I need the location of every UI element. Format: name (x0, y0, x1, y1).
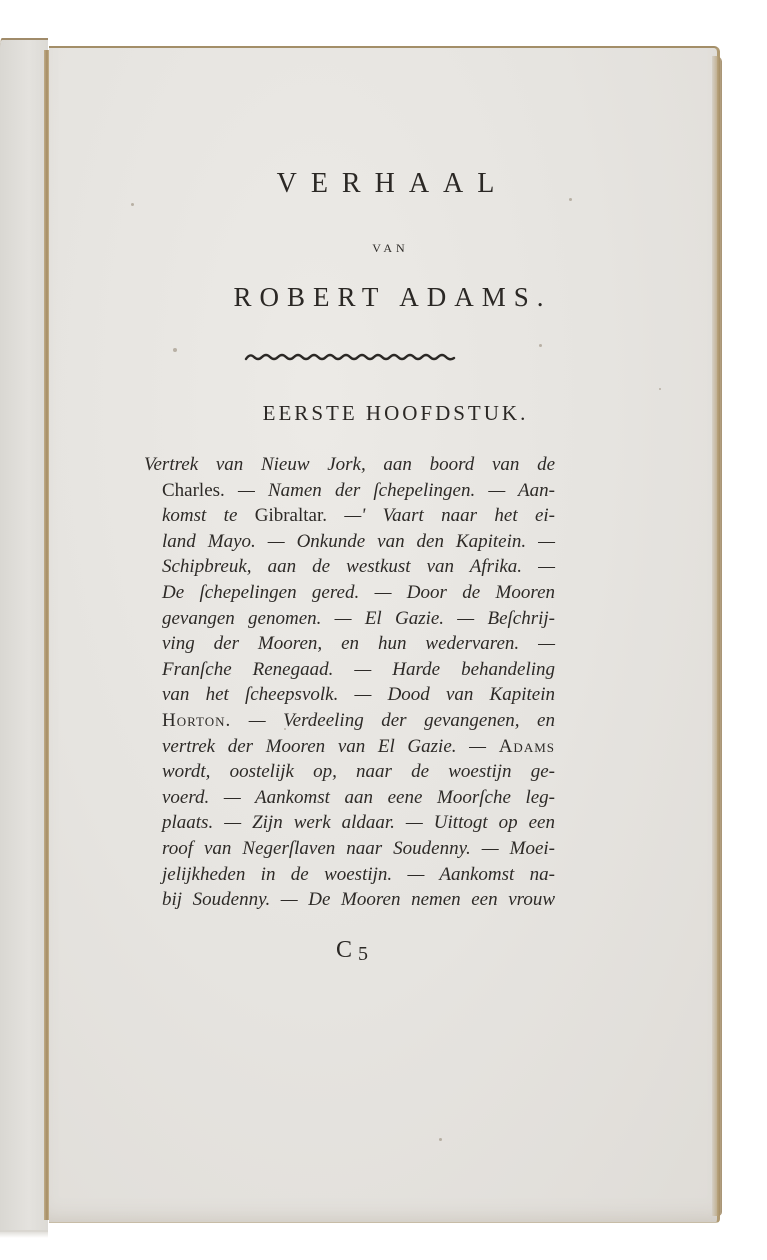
facing-left-page (0, 38, 48, 1232)
summary-text: vertrek der Mooren van El Gazie. — (162, 736, 499, 757)
paper-speck (659, 388, 661, 390)
summary-text: land Mayo. — Onkunde van den Kapitein. — (162, 531, 555, 552)
summary-line: ving der Mooren, en hun wedervaren. — (144, 631, 555, 657)
summary-line: Charles. — Namen der ſchepelingen. — Aan… (144, 478, 555, 504)
summary-line: van het ſcheepsvolk. — Dood van Kapitein (144, 682, 555, 708)
summary-text: — Verdeeling der gevangenen, en (231, 710, 555, 731)
chapter-heading: EERSTE HOOFDSTUK. (0, 401, 767, 426)
summary-line: De ſchepelingen gered. — Door de Mooren (144, 580, 555, 606)
summary-line: Vertrek van Nieuw Jork, aan boord van de (144, 452, 555, 478)
summary-text: ving der Mooren, en hun wedervaren. — (162, 633, 555, 654)
book-title: VERHAAL (0, 168, 767, 200)
summary-line: wordt, oostelijk op, naar de woestijn ge… (144, 759, 555, 785)
summary-line: plaats. — Zijn werk aldaar. — Uittogt op… (144, 810, 555, 836)
paper-speck (439, 1138, 442, 1141)
summary-text: plaats. — Zijn werk aldaar. — Uittogt op… (162, 812, 555, 833)
summary-line: Horton. — Verdeeling der gevangenen, en (144, 708, 555, 734)
summary-line: land Mayo. — Onkunde van den Kapitein. — (144, 529, 555, 555)
summary-text: —' Vaart naar het ei- (327, 505, 555, 526)
summary-text: De ſchepelingen gered. — Door de Mooren (162, 582, 555, 603)
summary-text: jelijkheden in de woestijn. — Aankomst n… (162, 864, 555, 885)
summary-text: roof van Negerſlaven naar Soudenny. — Mo… (162, 838, 555, 859)
summary-line: Schipbreuk, aan de westkust van Afrika. … (144, 554, 555, 580)
summary-text: Adams (499, 736, 555, 757)
summary-text: — Namen der ſchepelingen. — Aan- (225, 480, 555, 501)
page-fore-edge (712, 56, 722, 1216)
summary-text: Schipbreuk, aan de westkust van Afrika. … (162, 556, 555, 577)
summary-text: Charles. (162, 480, 225, 501)
summary-text: wordt, oostelijk op, naar de woestijn ge… (162, 761, 555, 782)
summary-text: Franſche Renegaad. — Harde behandeling (162, 659, 555, 680)
summary-line: voerd. — Aankomst aan eene Moorſche leg- (144, 785, 555, 811)
summary-text: gevangen genomen. — El Gazie. — Beſchrij… (162, 608, 555, 629)
paper-speck (173, 348, 177, 352)
signature-number: 5 (358, 943, 368, 965)
summary-line: komst te Gibraltar. —' Vaart naar het ei… (144, 503, 555, 529)
paper-speck (539, 344, 542, 347)
summary-text: komst te (162, 505, 255, 526)
summary-text: voerd. — Aankomst aan eene Moorſche leg- (162, 787, 555, 808)
title-connector: VAN (0, 241, 767, 256)
signature-mark: C5 (336, 937, 368, 964)
summary-text: Gibraltar. (255, 505, 327, 526)
summary-line: jelijkheden in de woestijn. — Aankomst n… (144, 862, 555, 888)
author-name: ROBERT ADAMS. (0, 282, 767, 313)
summary-line: vertrek der Mooren van El Gazie. — Adams (144, 734, 555, 760)
wavy-rule-ornament (244, 350, 456, 364)
summary-line: gevangen genomen. — El Gazie. — Beſchrij… (144, 606, 555, 632)
summary-line: bij Soudenny. — De Mooren nemen een vrou… (144, 887, 555, 913)
chapter-summary: Vertrek van Nieuw Jork, aan boord van de… (144, 452, 555, 913)
signature-letter: C (336, 937, 352, 963)
summary-line: roof van Negerſlaven naar Soudenny. — Mo… (144, 836, 555, 862)
summary-text: bij Soudenny. — De Mooren nemen een vrou… (162, 889, 555, 910)
summary-line: Franſche Renegaad. — Harde behandeling (144, 657, 555, 683)
paper-speck (131, 203, 134, 206)
summary-text: van het ſcheepsvolk. — Dood van Kapitein (162, 684, 555, 705)
summary-text: Horton. (162, 710, 231, 731)
summary-text: Vertrek van Nieuw Jork, aan boord van de (144, 454, 555, 475)
